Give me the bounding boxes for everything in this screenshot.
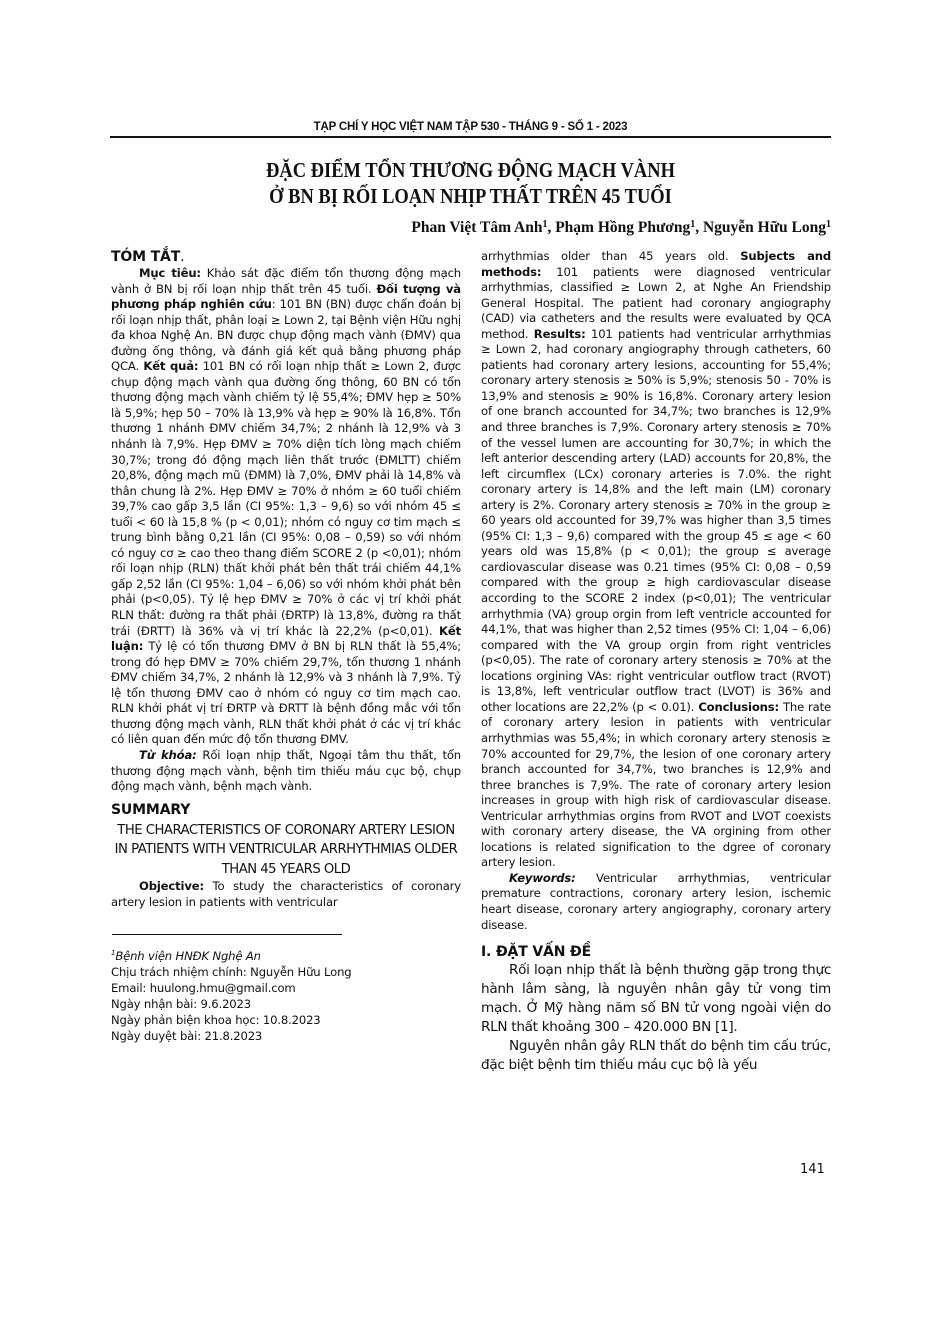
article-title: ĐẶC ĐIỂM TỔN THƯƠNG ĐỘNG MẠCH VÀNH Ở BN … xyxy=(153,157,787,209)
results-en-text: 101 patients had ventricular arrhythmias… xyxy=(481,327,831,714)
introduction-heading: I. ĐẶT VẤN ĐỀ xyxy=(481,943,831,961)
abstract-vi-heading-text: TÓM TẮT xyxy=(111,249,180,265)
keywords-label: Từ khóa: xyxy=(139,748,197,762)
conclusion-en-text: The rate of coronary artery lesion in pa… xyxy=(481,700,831,869)
received-date: Ngày nhận bài: 9.6.2023 xyxy=(111,996,461,1012)
author-name: Phan Việt Tâm Anh xyxy=(411,219,542,236)
author-name: Nguyễn Hữu Long xyxy=(703,219,826,236)
title-line-2: Ở BN BỊ RỐI LOẠN NHỊP THẤT TRÊN 45 TUỔI xyxy=(153,183,787,209)
title-line-1: ĐẶC ĐIỂM TỔN THƯƠNG ĐỘNG MẠCH VÀNH xyxy=(153,157,787,183)
abstract-en-body: arrhythmias older than 45 years old. Sub… xyxy=(481,249,831,871)
keywords-en: Keywords: Ventricular arrhythmias, ventr… xyxy=(481,871,831,933)
abstract-en-start: Objective: To study the characteristics … xyxy=(111,879,461,910)
keywords-en-label: Keywords: xyxy=(509,871,576,885)
affiliation-text: Bệnh viện HNĐK Nghệ An xyxy=(115,949,261,963)
objective-en-text-part2: arrhythmias older than 45 years old. xyxy=(481,249,740,263)
introduction-section: I. ĐẶT VẤN ĐỀ Rối loạn nhịp thất là bệnh… xyxy=(481,943,831,1075)
objective-label: Mục tiêu: xyxy=(139,266,201,280)
intro-paragraph: Rối loạn nhịp thất là bệnh thường gặp tr… xyxy=(481,961,831,1037)
results-text: 101 BN có rối loạn nhịp thất ≥ Lown 2, đ… xyxy=(111,359,461,637)
summary-heading: SUMMARY xyxy=(111,801,461,819)
review-date: Ngày phản biện khoa học: 10.8.2023 xyxy=(111,1012,461,1028)
corresponding-author: Chịu trách nhiệm chính: Nguyễn Hữu Long xyxy=(111,964,461,980)
footnotes: 1Bệnh viện HNĐK Nghệ An Chịu trách nhiệm… xyxy=(111,945,461,1044)
objective-en-label: Objective: xyxy=(139,879,204,893)
affiliation-note: 1Bệnh viện HNĐK Nghệ An xyxy=(111,945,461,964)
email: Email: huulong.hmu@gmail.com xyxy=(111,980,461,996)
conclusion-text: Tỷ lệ có tổn thương ĐMV ở BN bị RLN thất… xyxy=(111,639,461,746)
conclusion-en-label: Conclusions: xyxy=(698,700,779,714)
abstract-vi-body: Mục tiêu: Khảo sát đặc điểm tổn thương đ… xyxy=(111,266,461,748)
heading-period: . xyxy=(180,249,184,265)
right-column: arrhythmias older than 45 years old. Sub… xyxy=(481,249,831,1075)
header-rule xyxy=(110,136,831,138)
journal-page: TẠP CHÍ Y HỌC VIỆT NAM TẬP 530 - THÁNG 9… xyxy=(0,0,942,1333)
author-name: Phạm Hồng Phương xyxy=(555,219,690,236)
page-number: 141 xyxy=(800,1162,825,1177)
running-head: TẠP CHÍ Y HỌC VIỆT NAM TẬP 530 - THÁNG 9… xyxy=(110,121,831,133)
left-column: TÓM TẮT. Mục tiêu: Khảo sát đặc điểm tổn… xyxy=(111,248,461,1044)
results-label: Kết quả: xyxy=(143,359,198,373)
author-affiliation-mark: 1 xyxy=(826,219,831,230)
keywords-vi: Từ khóa: Rối loạn nhịp thất, Ngoại tâm t… xyxy=(111,748,461,795)
accepted-date: Ngày duyệt bài: 21.8.2023 xyxy=(111,1028,461,1044)
footnote-rule xyxy=(112,934,342,935)
results-en-label: Results: xyxy=(534,327,586,341)
abstract-vi-heading: TÓM TẮT. xyxy=(111,248,461,266)
author-list: Phan Việt Tâm Anh1, Phạm Hồng Phương1, N… xyxy=(411,219,831,237)
english-title: THE CHARACTERISTICS OF CORONARY ARTERY L… xyxy=(111,821,461,880)
author-separator: , xyxy=(695,219,703,236)
intro-paragraph: Nguyên nhân gây RLN thất do bệnh tim cấu… xyxy=(481,1037,831,1075)
